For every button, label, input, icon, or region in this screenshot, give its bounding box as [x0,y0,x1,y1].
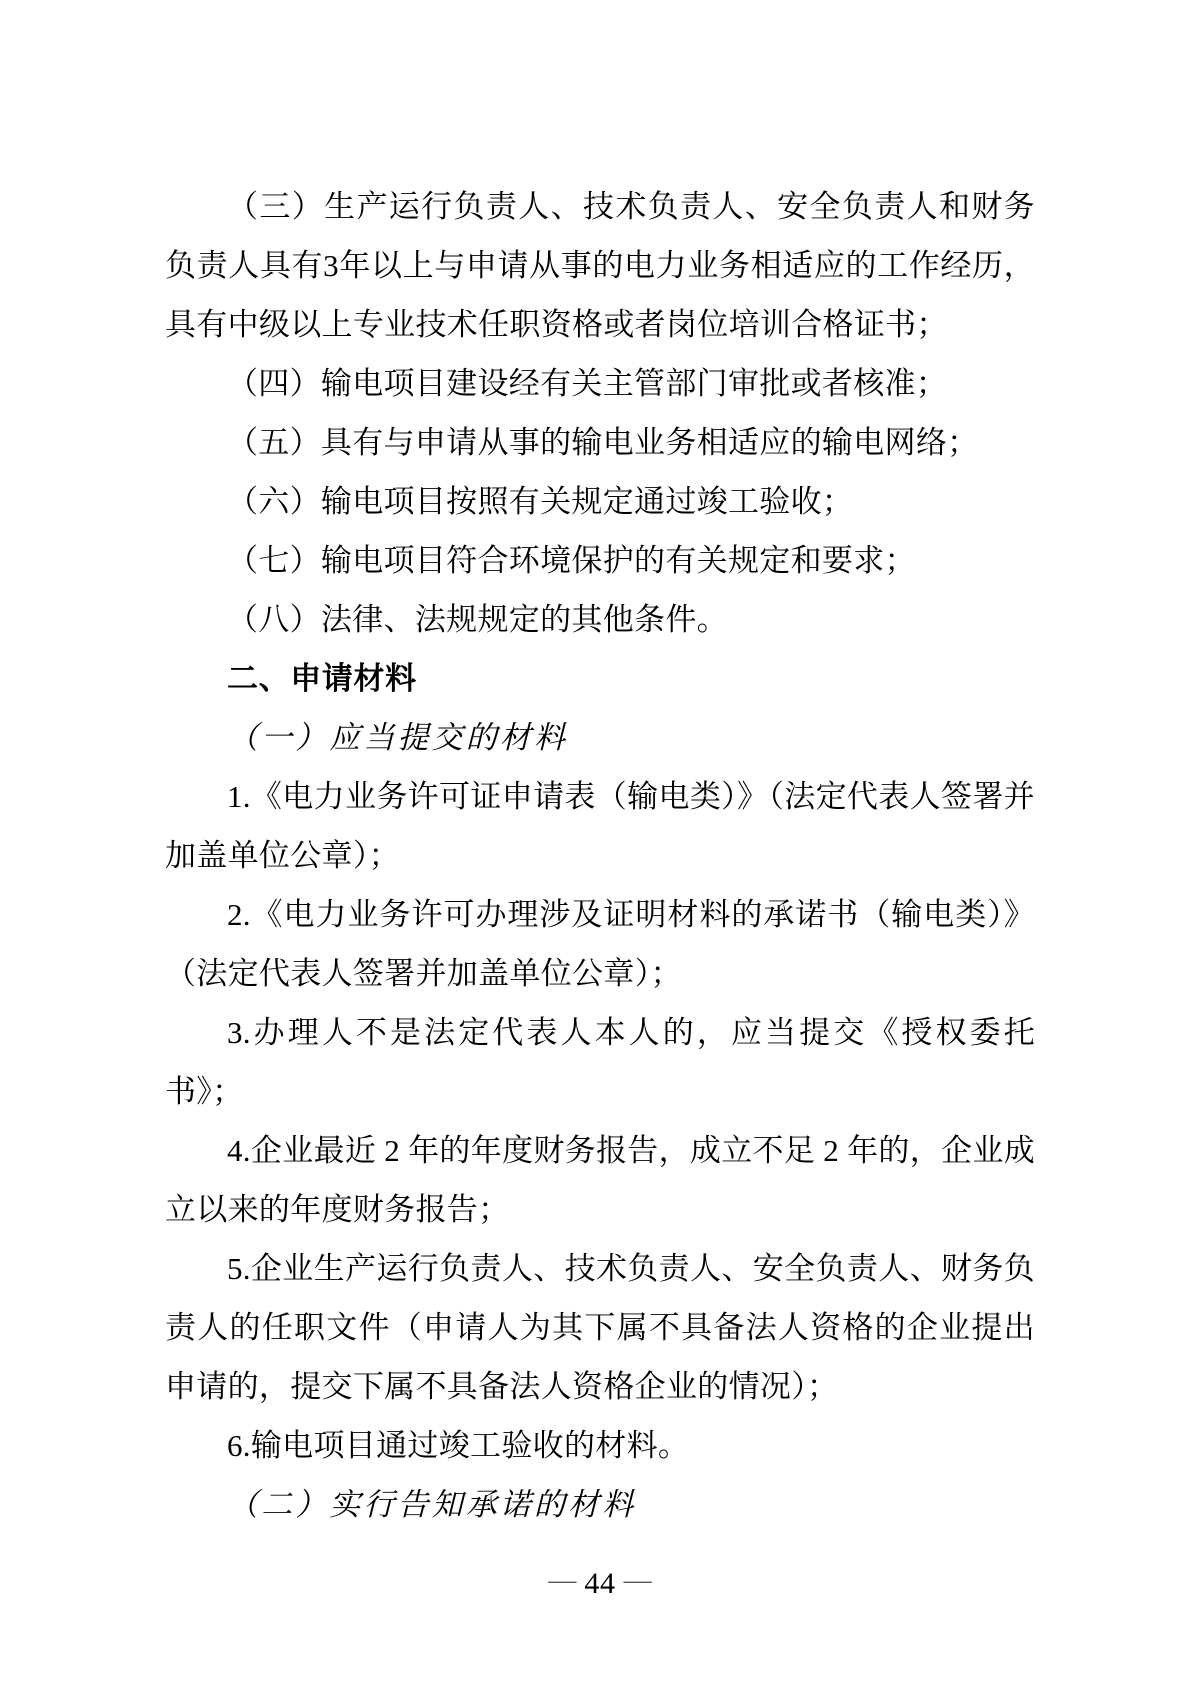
clause-item-5: （五）具有与申请从事的输电业务相适应的输电网络； [165,413,1035,472]
clause-item-6: （六）输电项目按照有关规定通过竣工验收； [165,472,1035,531]
section-heading-application-materials: 二、申请材料 [165,649,1035,708]
clause-item-8: （八）法律、法规规定的其他条件。 [165,590,1035,649]
material-item-3: 3.办理人不是法定代表人本人的，应当提交《授权委托书》； [165,1003,1035,1121]
subsection-heading-materials-to-submit: （一）应当提交的材料 [165,708,1035,767]
document-body: （三）生产运行负责人、技术负责人、安全负责人和财务负责人具有3年以上与申请从事的… [165,177,1035,1534]
footer-dash-right: — [624,1565,652,1596]
material-item-4: 4.企业最近 2 年的年度财务报告，成立不足 2 年的，企业成立以来的年度财务报… [165,1121,1035,1239]
clause-item-3: （三）生产运行负责人、技术负责人、安全负责人和财务负责人具有3年以上与申请从事的… [165,177,1035,354]
material-item-1: 1.《电力业务许可证申请表（输电类）》（法定代表人签署并加盖单位公章）； [165,767,1035,885]
clause-item-4: （四）输电项目建设经有关主管部门审批或者核准； [165,354,1035,413]
page-number: 44 [584,1567,615,1600]
page-footer: —44— [0,1567,1200,1601]
material-item-6: 6.输电项目通过竣工验收的材料。 [165,1416,1035,1475]
material-item-5: 5.企业生产运行负责人、技术负责人、安全负责人、财务负责人的任职文件（申请人为其… [165,1239,1035,1416]
material-item-2: 2.《电力业务许可办理涉及证明材料的承诺书（输电类）》（法定代表人签署并加盖单位… [165,885,1035,1003]
footer-dash-left: — [548,1565,576,1596]
document-page: （三）生产运行负责人、技术负责人、安全负责人和财务负责人具有3年以上与申请从事的… [0,0,1200,1696]
subsection-heading-notification-commitment: （二）实行告知承诺的材料 [165,1475,1035,1534]
clause-item-7: （七）输电项目符合环境保护的有关规定和要求； [165,531,1035,590]
